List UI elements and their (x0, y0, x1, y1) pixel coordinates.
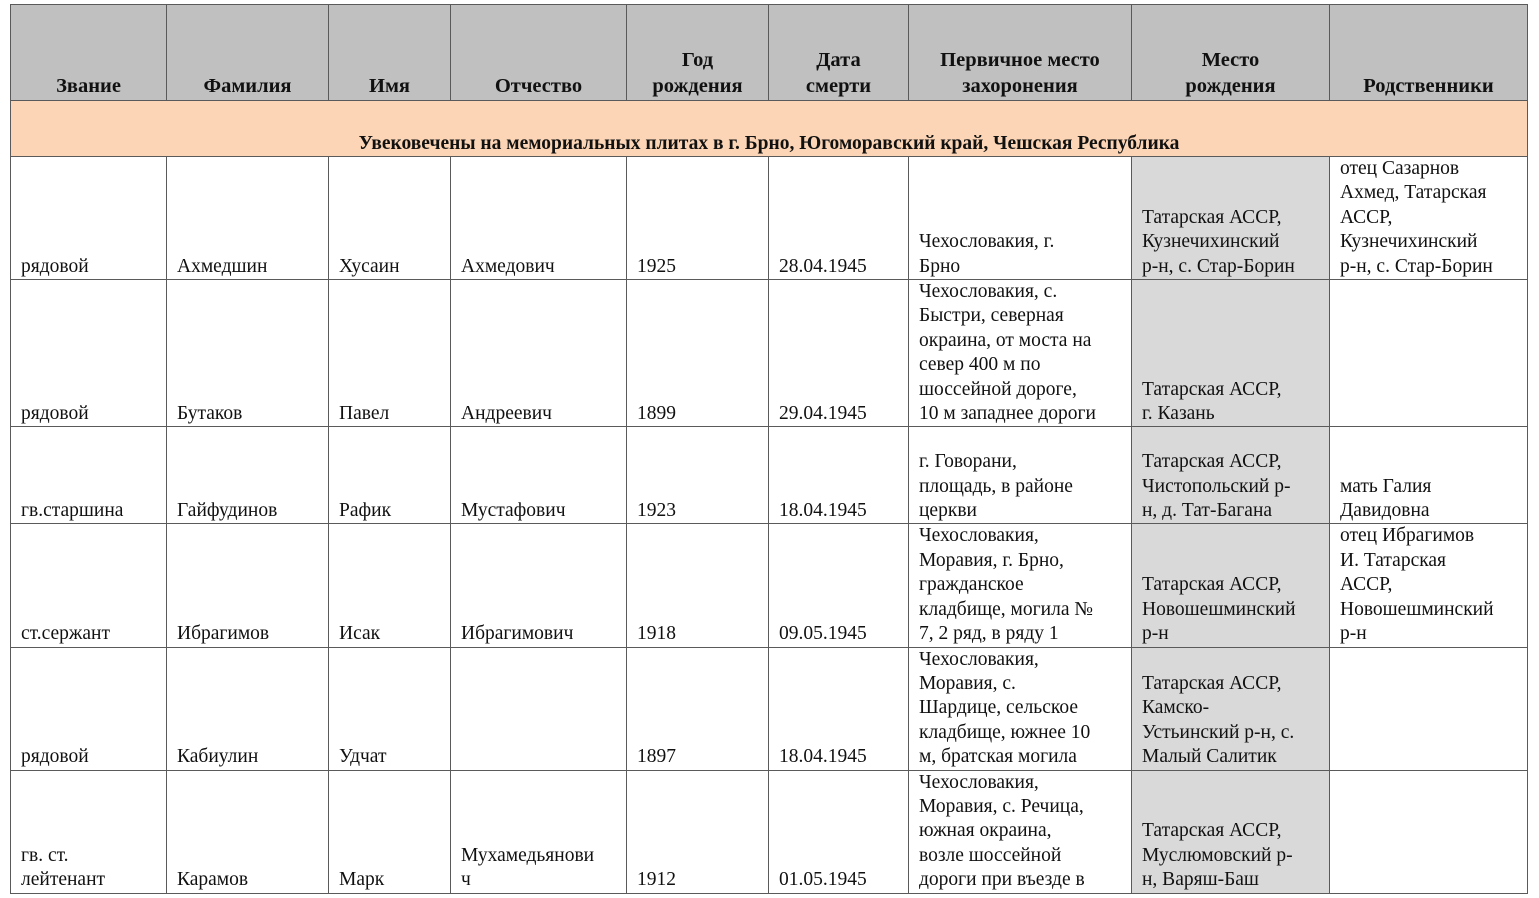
table-row: рядовой Ахмедшин Хусаин Ахмедович 1925 2… (11, 157, 1528, 280)
header-name: Имя (329, 5, 451, 101)
cell-rank: ст.сержант (11, 524, 167, 647)
header-burial-place: Первичное место захоронения (909, 5, 1132, 101)
cell-surname: Ибрагимов (167, 524, 329, 647)
cell-birth-place: Татарская АССР, Муслюмовский р- н, Варяш… (1132, 770, 1330, 893)
cell-surname: Ахмедшин (167, 157, 329, 280)
cell-birth-place: Татарская АССР, Чистопольский р- н, д. Т… (1132, 427, 1330, 524)
header-birth-year: Год рождения (627, 5, 769, 101)
cell-birth-place: Татарская АССР, Кузнечихинский р-н, с. С… (1132, 157, 1330, 280)
header-surname: Фамилия (167, 5, 329, 101)
header-patronymic: Отчество (451, 5, 627, 101)
cell-burial-place: Чехословакия, Моравия, с. Речица, южная … (909, 770, 1132, 893)
memorial-table: Звание Фамилия Имя Отчество Год рождения… (10, 4, 1528, 894)
cell-rank: рядовой (11, 280, 167, 427)
table-row: гв. ст. лейтенант Карамов Марк Мухамедья… (11, 770, 1528, 893)
cell-name: Удчат (329, 647, 451, 770)
cell-death-date: 29.04.1945 (769, 280, 909, 427)
table-row: рядовой Кабиулин Удчат 1897 18.04.1945 Ч… (11, 647, 1528, 770)
cell-name: Павел (329, 280, 451, 427)
cell-death-date: 18.04.1945 (769, 427, 909, 524)
header-relatives: Родственники (1330, 5, 1528, 101)
cell-name: Исак (329, 524, 451, 647)
cell-surname: Кабиулин (167, 647, 329, 770)
cell-name: Хусаин (329, 157, 451, 280)
cell-name: Рафик (329, 427, 451, 524)
cell-burial-place: г. Говорани, площадь, в районе церкви (909, 427, 1132, 524)
cell-patronymic: Мустафович (451, 427, 627, 524)
cell-relatives (1330, 280, 1528, 427)
cell-rank: рядовой (11, 157, 167, 280)
cell-patronymic: Ахмедович (451, 157, 627, 280)
table-row: гв.старшина Гайфудинов Рафик Мустафович … (11, 427, 1528, 524)
cell-rank: гв.старшина (11, 427, 167, 524)
cell-patronymic: Мухамедьянови ч (451, 770, 627, 893)
cell-surname: Гайфудинов (167, 427, 329, 524)
cell-death-date: 28.04.1945 (769, 157, 909, 280)
cell-birth-year: 1918 (627, 524, 769, 647)
cell-birth-year: 1899 (627, 280, 769, 427)
cell-burial-place: Чехословакия, Моравия, г. Брно, гражданс… (909, 524, 1132, 647)
memorial-document: Звание Фамилия Имя Отчество Год рождения… (10, 4, 1527, 894)
section-title: Увековечены на мемориальных плитах в г. … (11, 101, 1528, 157)
cell-death-date: 09.05.1945 (769, 524, 909, 647)
cell-surname: Карамов (167, 770, 329, 893)
table-row: ст.сержант Ибрагимов Исак Ибрагимович 19… (11, 524, 1528, 647)
cell-patronymic (451, 647, 627, 770)
cell-patronymic: Андреевич (451, 280, 627, 427)
header-rank: Звание (11, 5, 167, 101)
header-death-date: Дата смерти (769, 5, 909, 101)
cell-burial-place: Чехословакия, Моравия, с. Шардице, сельс… (909, 647, 1132, 770)
header-row: Звание Фамилия Имя Отчество Год рождения… (11, 5, 1528, 101)
cell-birth-year: 1912 (627, 770, 769, 893)
cell-patronymic: Ибрагимович (451, 524, 627, 647)
cell-relatives: отец Ибрагимов И. Татарская АССР, Новоше… (1330, 524, 1528, 647)
cell-birth-place: Татарская АССР, Камско- Устьинский р-н, … (1132, 647, 1330, 770)
cell-death-date: 01.05.1945 (769, 770, 909, 893)
cell-relatives: мать Галия Давидовна (1330, 427, 1528, 524)
table-row: рядовой Бутаков Павел Андреевич 1899 29.… (11, 280, 1528, 427)
cell-surname: Бутаков (167, 280, 329, 427)
cell-burial-place: Чехословакия, с. Быстри, северная окраин… (909, 280, 1132, 427)
cell-rank: рядовой (11, 647, 167, 770)
cell-birth-year: 1897 (627, 647, 769, 770)
cell-birth-year: 1925 (627, 157, 769, 280)
cell-birth-place: Татарская АССР, Новошешминский р-н (1132, 524, 1330, 647)
cell-burial-place: Чехословакия, г. Брно (909, 157, 1132, 280)
section-row: Увековечены на мемориальных плитах в г. … (11, 101, 1528, 157)
cell-relatives: отец Сазарнов Ахмед, Татарская АССР, Куз… (1330, 157, 1528, 280)
cell-death-date: 18.04.1945 (769, 647, 909, 770)
cell-relatives (1330, 770, 1528, 893)
cell-name: Марк (329, 770, 451, 893)
cell-birth-year: 1923 (627, 427, 769, 524)
cell-relatives (1330, 647, 1528, 770)
header-birth-place: Место рождения (1132, 5, 1330, 101)
cell-birth-place: Татарская АССР, г. Казань (1132, 280, 1330, 427)
cell-rank: гв. ст. лейтенант (11, 770, 167, 893)
